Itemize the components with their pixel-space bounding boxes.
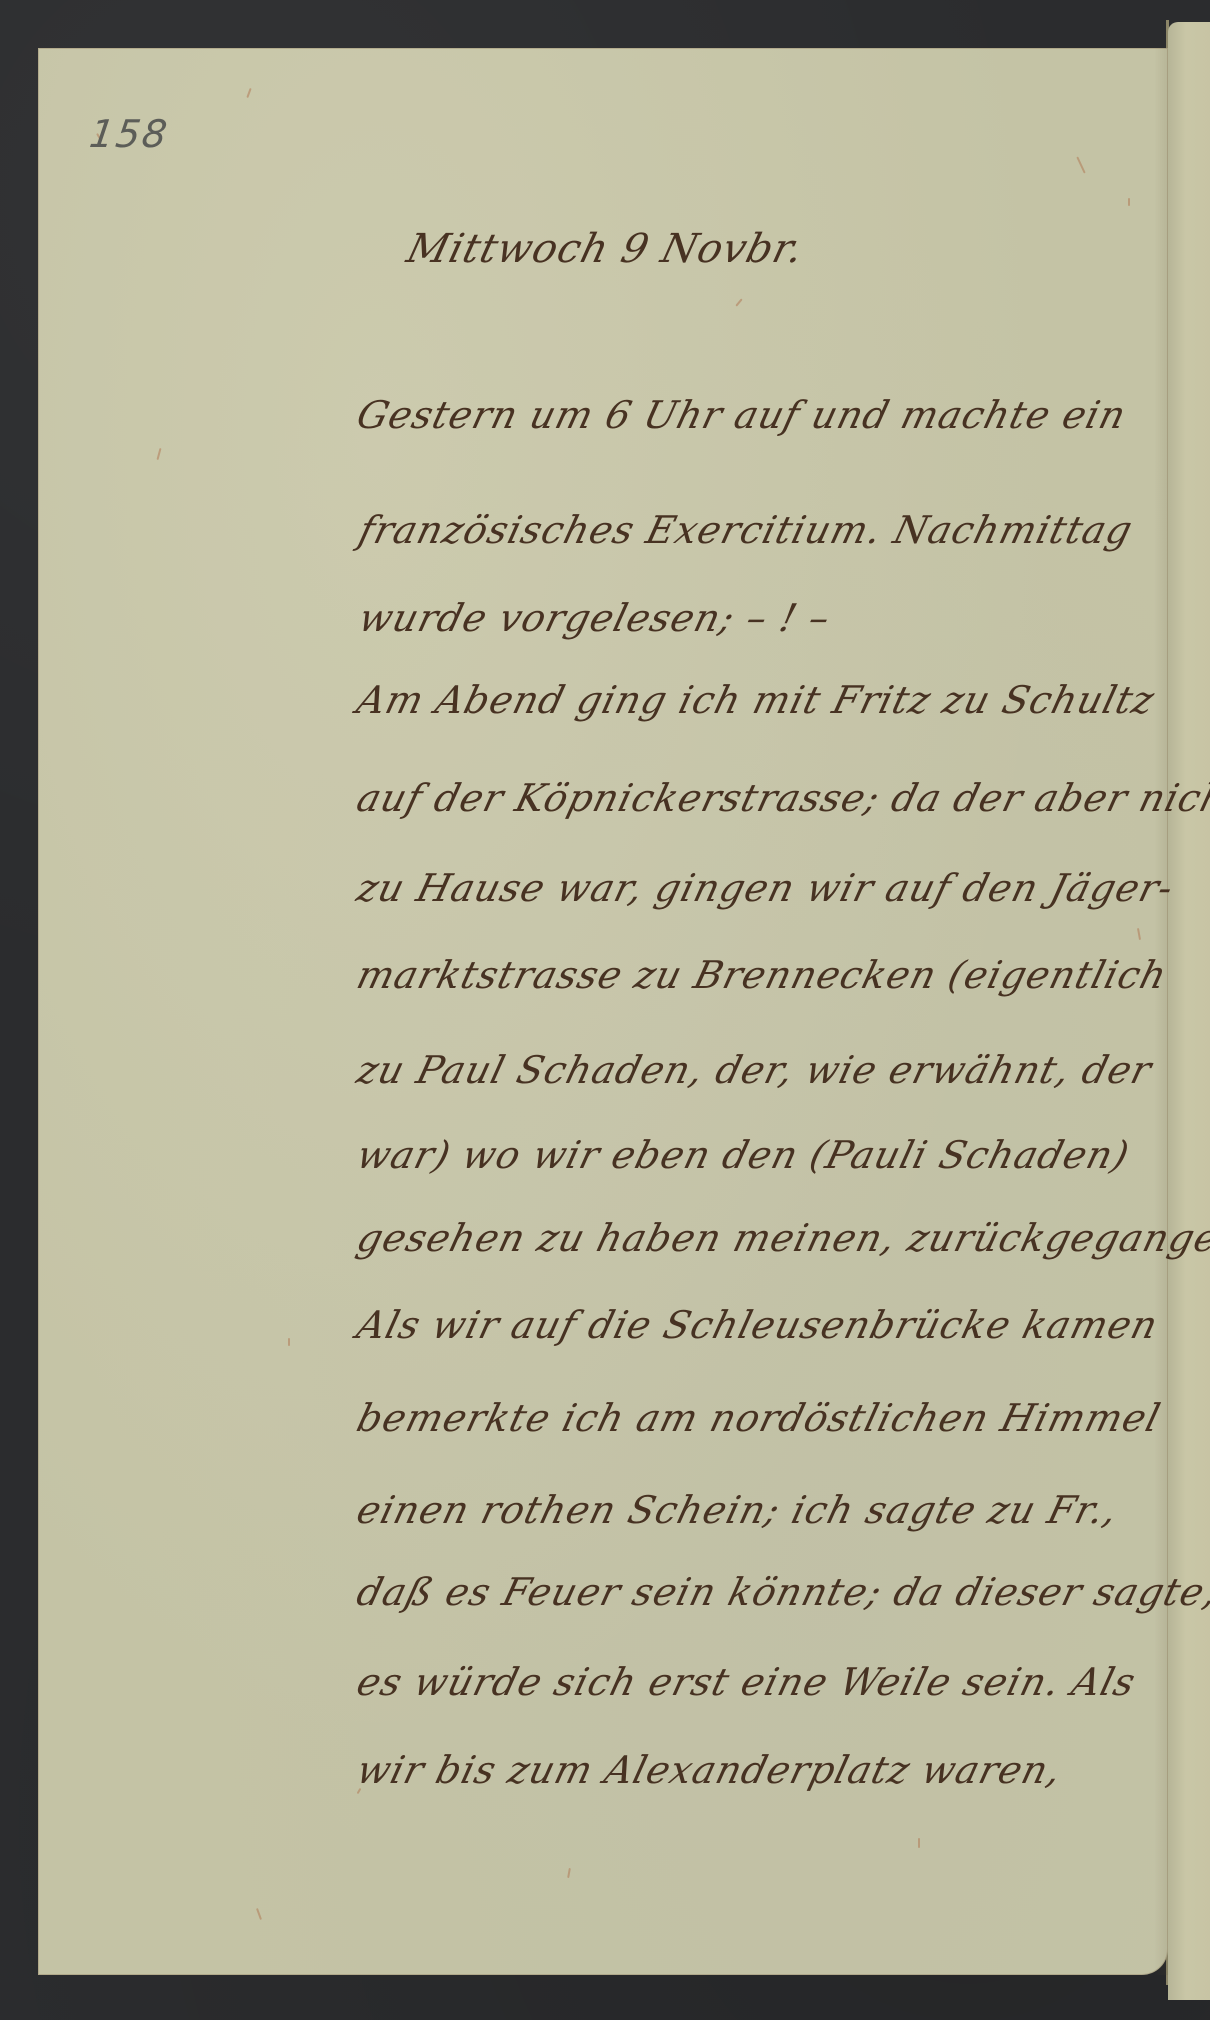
paper-fiber [1128,198,1130,206]
text-line: zu Hause war, gingen wir auf den Jäger- [353,866,1179,910]
text-line: gesehen zu haben meinen, zurückgegangen. [353,1216,1210,1260]
text-line: einen rothen Schein; ich sagte zu Fr., [353,1488,1123,1532]
paper-fiber [567,1868,571,1878]
entry-heading: Mittwoch 9 Novbr. [402,226,808,272]
text-line: wir bis zum Alexanderplatz waren, [353,1748,1067,1792]
paper-fiber [246,88,251,98]
paper-fiber [256,1908,262,1920]
text-line: es würde sich erst eine Weile sein. Als [353,1660,1141,1704]
text-line: auf der Köpnickerstrasse; da der aber ni… [353,776,1210,820]
paper-fiber [288,1338,290,1346]
text-line: marktstrasse zu Brennecken (eigentlich [353,953,1172,997]
paper-fiber [918,1838,920,1848]
text-line: Als wir auf die Schleusenbrücke kamen [353,1303,1163,1347]
text-line: war) wo wir eben den (Pauli Schaden) [353,1133,1135,1177]
text-line: Gestern um 6 Uhr auf und machte ein [353,393,1131,437]
page-edge-shading [1154,48,1168,1975]
text-line: bemerkte ich am nordöstlichen Himmel [353,1396,1166,1440]
paper-fiber [156,448,161,460]
manuscript-page: 158 Mittwoch 9 Novbr. Gestern um 6 Uhr a… [38,48,1168,1975]
text-line: daß es Feuer sein könnte; da dieser sagt… [353,1570,1210,1614]
paper-fiber [735,298,742,306]
folio-number: 158 [87,112,172,156]
paper-fiber [1137,928,1141,940]
paper-fiber [1076,156,1085,173]
text-line: Am Abend ging ich mit Fritz zu Schultz [353,678,1160,722]
text-line: wurde vorgelesen; – ! – [355,596,836,640]
text-line: zu Paul Schaden, der, wie erwähnt, der [353,1048,1157,1092]
next-page-edge [1168,22,1210,2000]
text-line: französisches Exercitium. Nachmittag [355,508,1138,552]
